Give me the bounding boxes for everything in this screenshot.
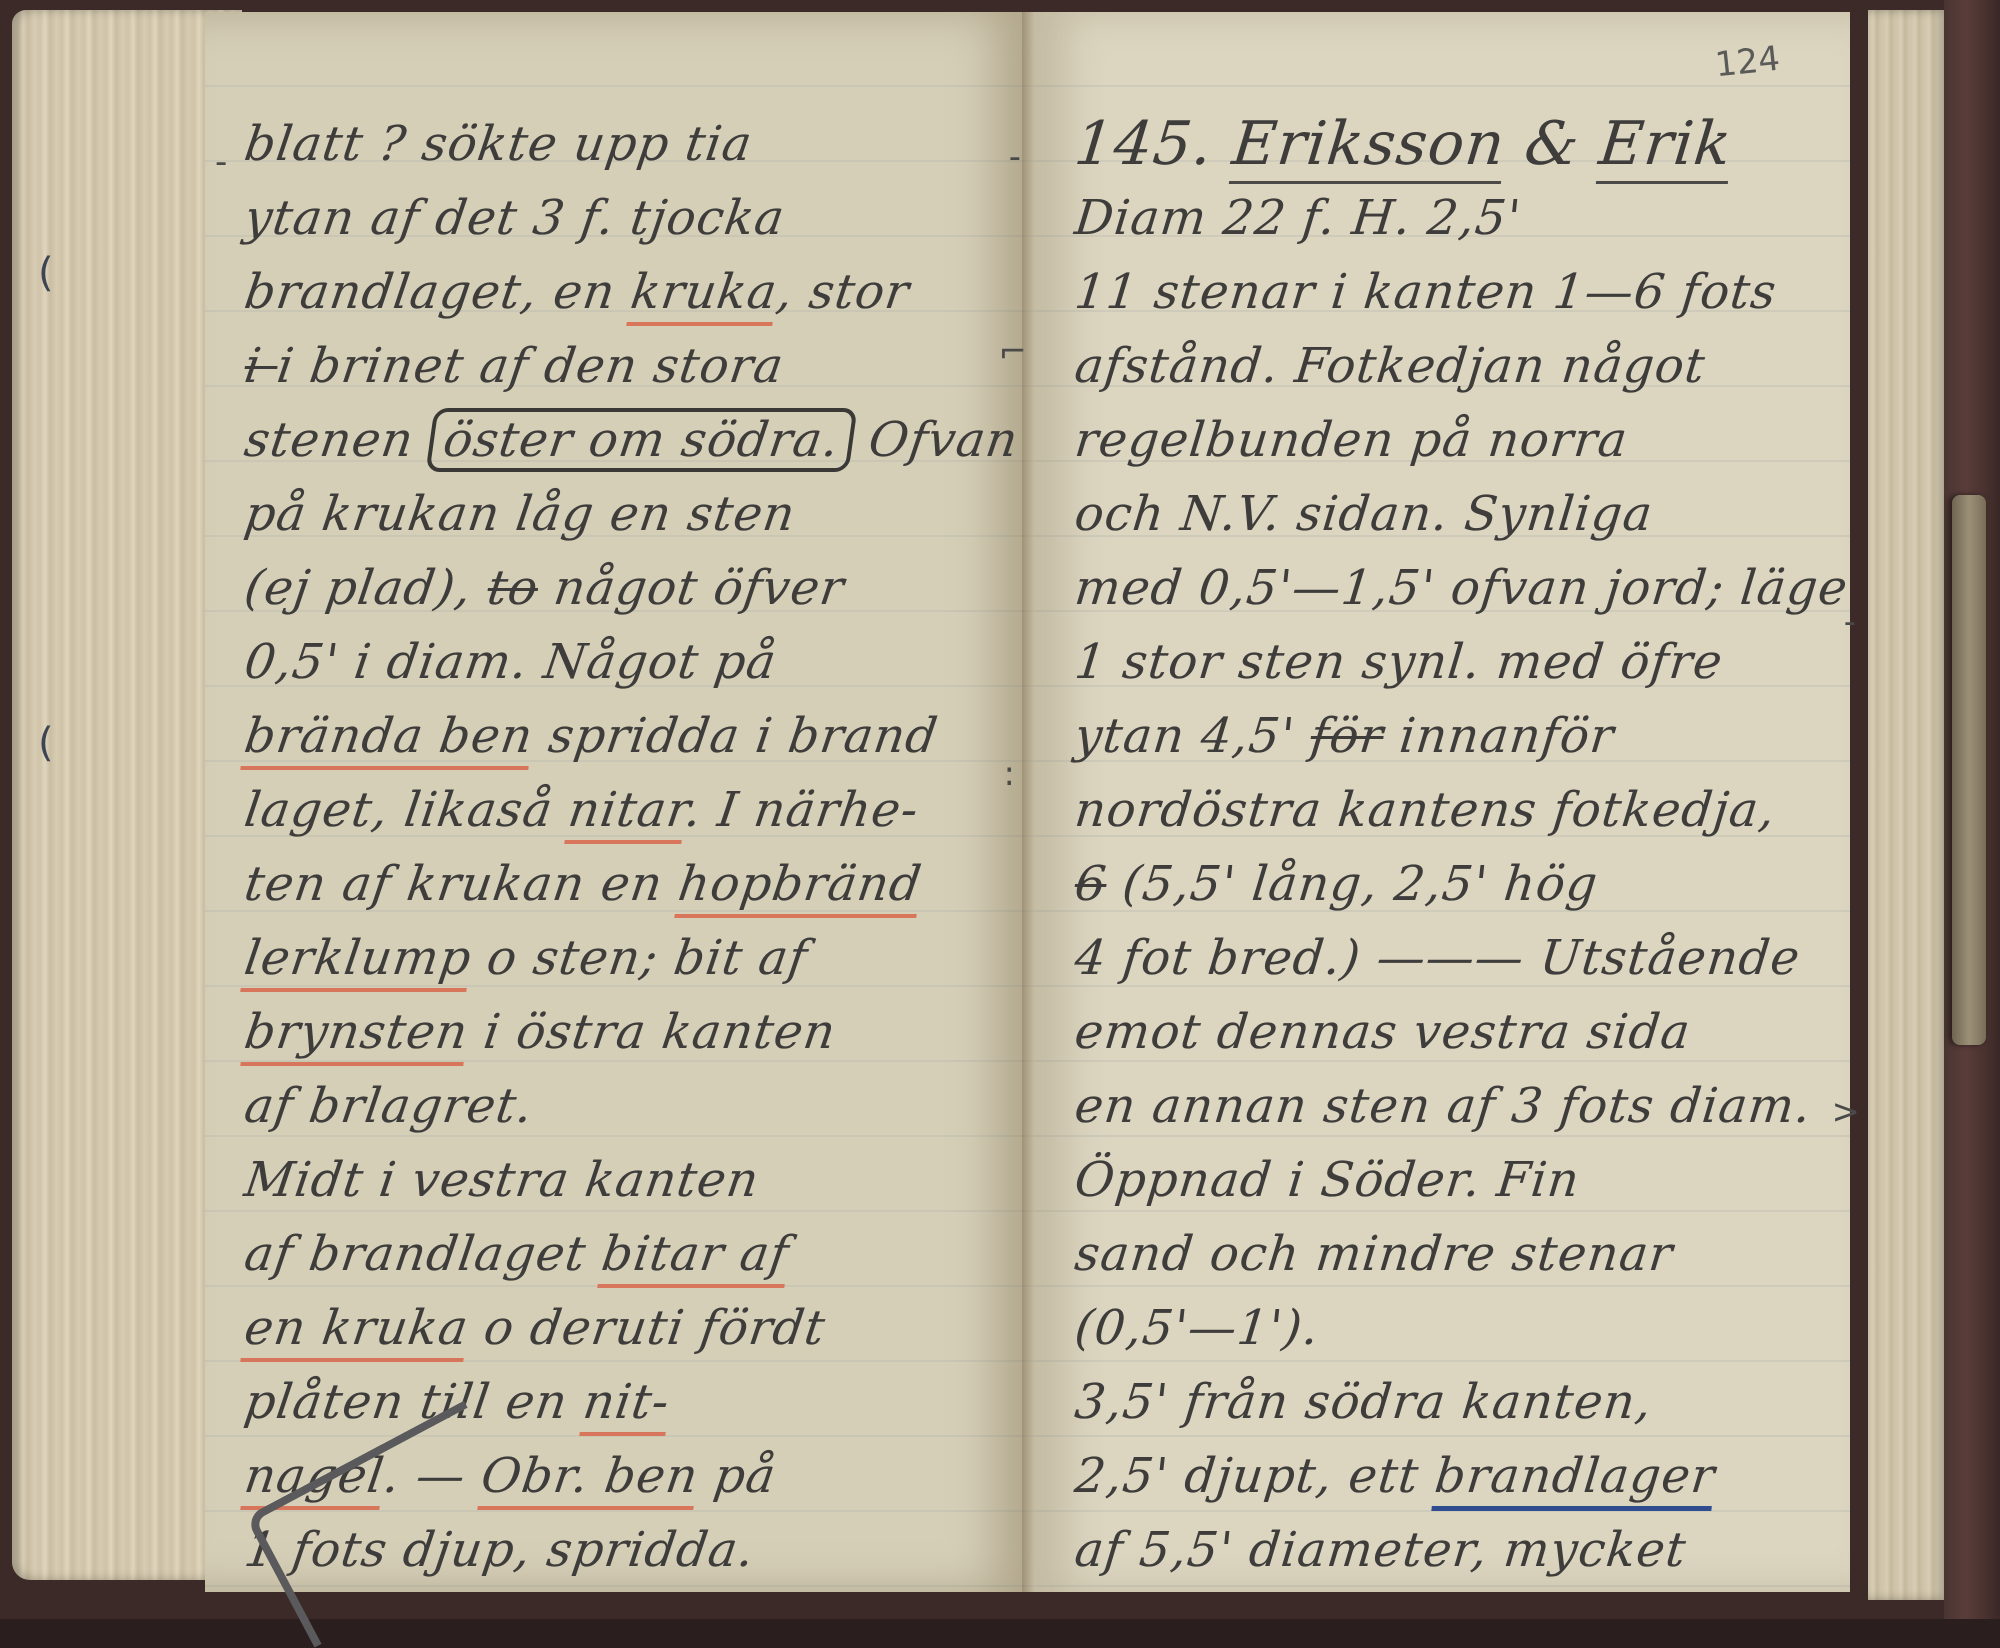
handwritten-line: Öppnad i Söder. Fin bbox=[1071, 1143, 1834, 1217]
text-ul-red: bitar af bbox=[597, 1226, 792, 1288]
handwritten-line: brynsten i östra kanten bbox=[240, 995, 1020, 1069]
handwritten-line: i i brinet af den stora bbox=[240, 329, 1020, 403]
handwritten-line: 3,5' från södra kanten, bbox=[1071, 1365, 1834, 1439]
notebook-spread: ( ( blatt ? sökte upp tiaytan af det 3 f… bbox=[0, 0, 2000, 1619]
text-segment: o sten; bit af bbox=[467, 930, 811, 986]
handwritten-line: 11 stenar i kanten 1—6 fots bbox=[1071, 255, 1834, 329]
text-segment: brandlaget, en bbox=[241, 264, 635, 320]
right-page: 124 145. Eriksson & ErikDiam 22 f. H. 2,… bbox=[1035, 12, 1850, 1592]
notebook-clasp bbox=[1952, 495, 1986, 1045]
page-block-right bbox=[1868, 10, 1948, 1600]
handwritten-line: regelbunden på norra bbox=[1071, 403, 1834, 477]
text-ul-pencil: Erik bbox=[1595, 109, 1735, 184]
text-ul-pencil: Eriksson bbox=[1228, 109, 1508, 184]
handwritten-line: lerklump o sten; bit af bbox=[240, 921, 1020, 995]
text-ul-red: brynsten bbox=[240, 1004, 472, 1066]
handwritten-line: brända ben spridda i brand bbox=[240, 699, 1020, 773]
text-segment: (ej plad), bbox=[241, 560, 492, 616]
handwritten-line: brandlaget, en kruka, stor bbox=[240, 255, 1020, 329]
text-segment: (5,5' lång, 2,5' hög bbox=[1104, 856, 1601, 912]
handwritten-line: laget, likaså nitar. I närhe- bbox=[240, 773, 1020, 847]
handwritten-line: Midt i vestra kanten bbox=[240, 1143, 1020, 1217]
handwritten-line: 4 fot bred.) ——— Utstående bbox=[1071, 921, 1834, 995]
handwritten-line: blatt ? sökte upp tia bbox=[240, 107, 1020, 181]
handwritten-line: (0,5'—1'). bbox=[1071, 1291, 1834, 1365]
edge-mark: ( bbox=[38, 720, 54, 766]
handwritten-line: af 5,5' diameter, mycket bbox=[1071, 1513, 1834, 1587]
text-ul-red: lerklump bbox=[240, 930, 475, 992]
text-segment: på bbox=[694, 1448, 779, 1504]
handwritten-line: sand och mindre stenar bbox=[1071, 1217, 1834, 1291]
text-segment: innanför bbox=[1381, 708, 1617, 764]
handwritten-line: stenen öster om södra. Ofvan bbox=[240, 403, 1020, 477]
text-segment: i östra kanten bbox=[464, 1004, 840, 1060]
text-segment: o deruti fördt bbox=[464, 1300, 829, 1356]
handwritten-line: och N.V. sidan. Synliga bbox=[1071, 477, 1834, 551]
edge-mark: ( bbox=[38, 250, 54, 296]
left-page-text: blatt ? sökte upp tiaytan af det 3 f. tj… bbox=[245, 107, 1015, 1587]
handwritten-line: 1 stor sten synl. med öfre bbox=[1071, 625, 1834, 699]
handwritten-line: 0,5' i diam. Något på bbox=[240, 625, 1020, 699]
text-ul-red: en kruka bbox=[240, 1300, 472, 1362]
text-segment: , stor bbox=[773, 264, 913, 320]
text-segment: ytan 4,5' bbox=[1072, 708, 1314, 764]
text-segment: stenen bbox=[241, 412, 434, 468]
text-boxed: öster om södra. bbox=[425, 408, 857, 472]
margin-mark: : bbox=[1004, 754, 1015, 794]
page-number: 124 bbox=[1713, 39, 1782, 86]
text-ul-red: nitar bbox=[564, 782, 690, 844]
text-ul-red: kruka bbox=[627, 264, 781, 326]
handwritten-line: Diam 22 f. H. 2,5' bbox=[1071, 181, 1834, 255]
text-segment: spridda i brand bbox=[529, 708, 942, 764]
handwritten-line: 145. Eriksson & Erik bbox=[1071, 107, 1834, 181]
text-segment: Ofvan bbox=[849, 412, 1022, 468]
handwritten-line: ytan 4,5' för innanför bbox=[1071, 699, 1834, 773]
text-segment: något öfver bbox=[534, 560, 848, 616]
margin-mark: - bbox=[1009, 137, 1021, 177]
handwritten-line: ytan af det 3 f. tjocka bbox=[240, 181, 1020, 255]
text-ul-red: nit- bbox=[579, 1374, 673, 1436]
handwritten-line: ten af krukan en hopbränd bbox=[240, 847, 1020, 921]
text-ul-red: brända ben bbox=[240, 708, 537, 770]
left-page: blatt ? sökte upp tiaytan af det 3 f. tj… bbox=[205, 12, 1035, 1592]
text-strike: för bbox=[1308, 708, 1386, 764]
text-segment: . I närhe- bbox=[682, 782, 923, 838]
text-segment: i brinet af den stora bbox=[274, 338, 788, 394]
margin-mark: > bbox=[1832, 1092, 1861, 1132]
text-segment: 145. bbox=[1071, 109, 1236, 179]
handwritten-line: på krukan låg en sten bbox=[240, 477, 1020, 551]
handwritten-line: en kruka o deruti fördt bbox=[240, 1291, 1020, 1365]
handwritten-line: en annan sten af 3 fots diam. bbox=[1071, 1069, 1834, 1143]
handwritten-line: af brlagret. bbox=[240, 1069, 1020, 1143]
text-segment: laget, likaså bbox=[241, 782, 573, 838]
text-ul-blue: brandlager bbox=[1431, 1448, 1718, 1511]
text-segment: & bbox=[1501, 109, 1603, 179]
handwritten-line: emot dennas vestra sida bbox=[1071, 995, 1834, 1069]
margin-mark: - bbox=[1844, 602, 1856, 642]
text-segment: plåten till en bbox=[241, 1374, 588, 1430]
handwritten-line: afstånd. Fotkedjan något bbox=[1071, 329, 1834, 403]
handwritten-line: 2,5' djupt, ett brandlager bbox=[1071, 1439, 1834, 1513]
handwritten-line: plåten till en nit- bbox=[240, 1365, 1020, 1439]
handwritten-line: af brandlaget bitar af bbox=[240, 1217, 1020, 1291]
handwritten-line: 6 (5,5' lång, 2,5' hög bbox=[1071, 847, 1834, 921]
handwritten-line: nordöstra kantens fotkedja, bbox=[1071, 773, 1834, 847]
text-segment: af brandlaget bbox=[241, 1226, 606, 1282]
text-segment: ten af krukan en bbox=[241, 856, 683, 912]
text-segment: 2,5' djupt, ett bbox=[1072, 1448, 1438, 1504]
margin-mark: - bbox=[215, 142, 227, 182]
text-strike: to bbox=[484, 560, 542, 616]
handwritten-line: med 0,5'—1,5' ofvan jord; läge bbox=[1071, 551, 1834, 625]
handwritten-line: (ej plad), to något öfver bbox=[240, 551, 1020, 625]
right-page-text: 145. Eriksson & ErikDiam 22 f. H. 2,5'11… bbox=[1075, 107, 1830, 1587]
text-ul-red: hopbränd bbox=[674, 856, 925, 918]
